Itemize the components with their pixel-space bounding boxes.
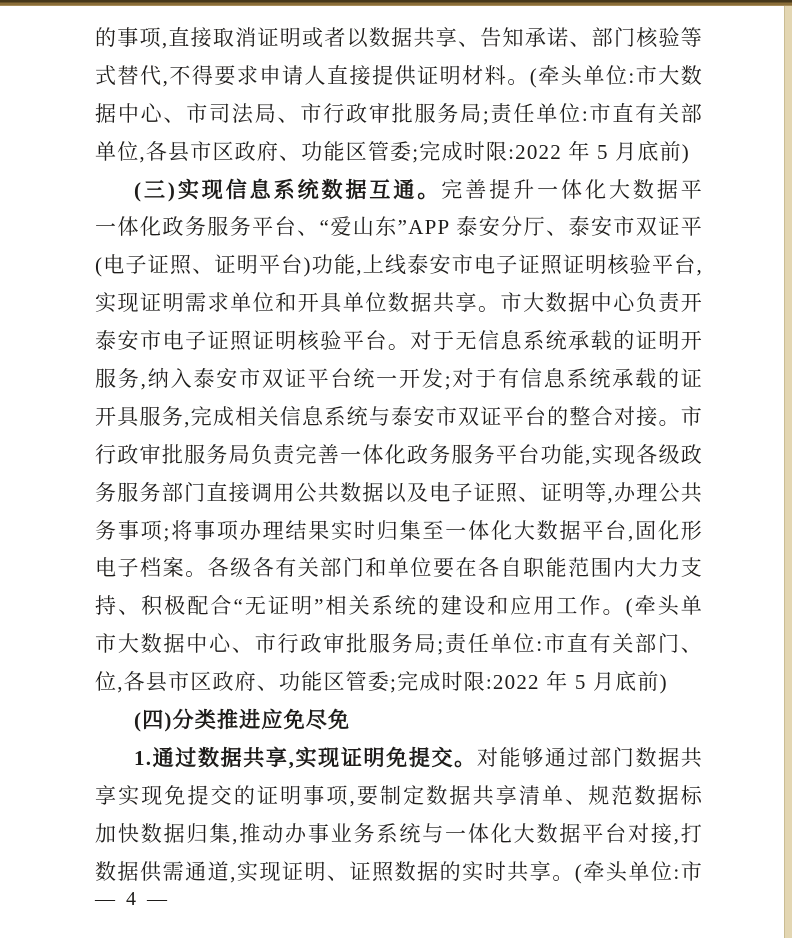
text-line: 服务,纳入泰安市双证平台统一开发;对于有信息系统承载的证明 (95, 361, 703, 399)
page-number: — 4 — (95, 885, 170, 913)
text-line: 持、积极配合“无证明”相关系统的建设和应用工作。(牵头单位: (95, 588, 703, 626)
text-line: 泰安市电子证照证明核验平台。对于无信息系统承载的证明开具 (95, 323, 703, 361)
body-text-run: 数据供需通道,实现证明、证照数据的实时共享。(牵头单位:市大 (95, 860, 703, 892)
body-text-run: 一体化政务服务平台、“爱山东”APP 泰安分厅、泰安市双证平台 (95, 215, 703, 247)
body-text-run: 服务,纳入泰安市双证平台统一开发;对于有信息系统承载的证明 (95, 367, 703, 399)
body-text-run: 务事项;将事项办理结果实时归集至一体化大数据平台,固化形成 (95, 519, 703, 551)
body-text-run: 电子档案。各级各有关部门和单位要在各自职能范围内大力支 (95, 556, 703, 580)
body-text-run: 加快数据归集,推动办事业务系统与一体化大数据平台对接,打通 (95, 822, 703, 854)
text-line: 1.通过数据共享,实现证明免提交。对能够通过部门数据共 (95, 740, 703, 778)
text-line: 加快数据归集,推动办事业务系统与一体化大数据平台对接,打通 (95, 816, 703, 854)
body-text-run: 市大数据中心、市行政审批服务局;责任单位:市直有关部门、单 (95, 632, 703, 664)
body-text-run: 单位,各县市区政府、功能区管委;完成时限:2022 年 5 月底前) (95, 140, 690, 164)
document-page: 的事项,直接取消证明或者以数据共享、告知承诺、部门核验等方式替代,不得要求申请人… (0, 0, 792, 938)
scan-top-border (0, 0, 792, 6)
section-heading-text: (三)实现信息系统数据互通。 (134, 178, 441, 202)
text-line: 市大数据中心、市行政审批服务局;责任单位:市直有关部门、单 (95, 626, 703, 664)
document-body-text: 的事项,直接取消证明或者以数据共享、告知承诺、部门核验等方式替代,不得要求申请人… (95, 20, 703, 891)
body-text-run: 开具服务,完成相关信息系统与泰安市双证平台的整合对接。市 (95, 405, 703, 429)
section-heading-text: (四)分类推进应免尽免 (134, 708, 350, 732)
text-line: 一体化政务服务平台、“爱山东”APP 泰安分厅、泰安市双证平台 (95, 209, 703, 247)
body-text-run: 实现证明需求单位和开具单位数据共享。市大数据中心负责开发 (95, 291, 703, 323)
section-heading-text: 1.通过数据共享,实现证明免提交。 (134, 746, 477, 770)
text-line: 享实现免提交的证明事项,要制定数据共享清单、规范数据标准、 (95, 778, 703, 816)
text-line: 开具服务,完成相关信息系统与泰安市双证平台的整合对接。市 (95, 399, 703, 437)
text-line: 数据供需通道,实现证明、证照数据的实时共享。(牵头单位:市大 (95, 854, 703, 892)
text-line: (三)实现信息系统数据互通。完善提升一体化大数据平台、 (95, 172, 703, 210)
body-text-run: 务服务部门直接调用公共数据以及电子证照、证明等,办理公共服 (95, 481, 703, 513)
body-text-run: 享实现免提交的证明事项,要制定数据共享清单、规范数据标准、 (95, 784, 703, 816)
body-text-run: 持、积极配合“无证明”相关系统的建设和应用工作。(牵头单位: (95, 594, 703, 626)
text-line: 电子档案。各级各有关部门和单位要在各自职能范围内大力支 (95, 550, 703, 588)
body-text-run: (电子证照、证明平台)功能,上线泰安市电子证照证明核验平台, (95, 253, 703, 277)
text-line: 位,各县市区政府、功能区管委;完成时限:2022 年 5 月底前) (95, 664, 703, 702)
text-line: 实现证明需求单位和开具单位数据共享。市大数据中心负责开发 (95, 285, 703, 323)
text-line: 务服务部门直接调用公共数据以及电子证照、证明等,办理公共服 (95, 475, 703, 513)
body-text-run: 据中心、市司法局、市行政审批服务局;责任单位:市直有关部门、 (95, 102, 703, 134)
text-line: (电子证照、证明平台)功能,上线泰安市电子证照证明核验平台, (95, 247, 703, 285)
body-text-run: 对能够通过部门数据共 (477, 746, 703, 770)
scan-right-edge-strip (784, 6, 792, 938)
text-line: 单位,各县市区政府、功能区管委;完成时限:2022 年 5 月底前) (95, 134, 703, 172)
text-line: 行政审批服务局负责完善一体化政务服务平台功能,实现各级政 (95, 437, 703, 475)
body-text-run: 行政审批服务局负责完善一体化政务服务平台功能,实现各级政 (95, 443, 703, 467)
text-line: 据中心、市司法局、市行政审批服务局;责任单位:市直有关部门、 (95, 96, 703, 134)
text-line: (四)分类推进应免尽免 (95, 702, 703, 740)
body-text-run: 泰安市电子证照证明核验平台。对于无信息系统承载的证明开具 (95, 329, 703, 361)
text-line: 务事项;将事项办理结果实时归集至一体化大数据平台,固化形成 (95, 513, 703, 551)
text-line: 的事项,直接取消证明或者以数据共享、告知承诺、部门核验等方 (95, 20, 703, 58)
text-line: 式替代,不得要求申请人直接提供证明材料。(牵头单位:市大数 (95, 58, 703, 96)
body-text-run: 位,各县市区政府、功能区管委;完成时限:2022 年 5 月底前) (95, 670, 668, 694)
body-text-run: 式替代,不得要求申请人直接提供证明材料。(牵头单位:市大数 (95, 64, 703, 88)
body-text-run: 的事项,直接取消证明或者以数据共享、告知承诺、部门核验等方 (95, 26, 703, 58)
